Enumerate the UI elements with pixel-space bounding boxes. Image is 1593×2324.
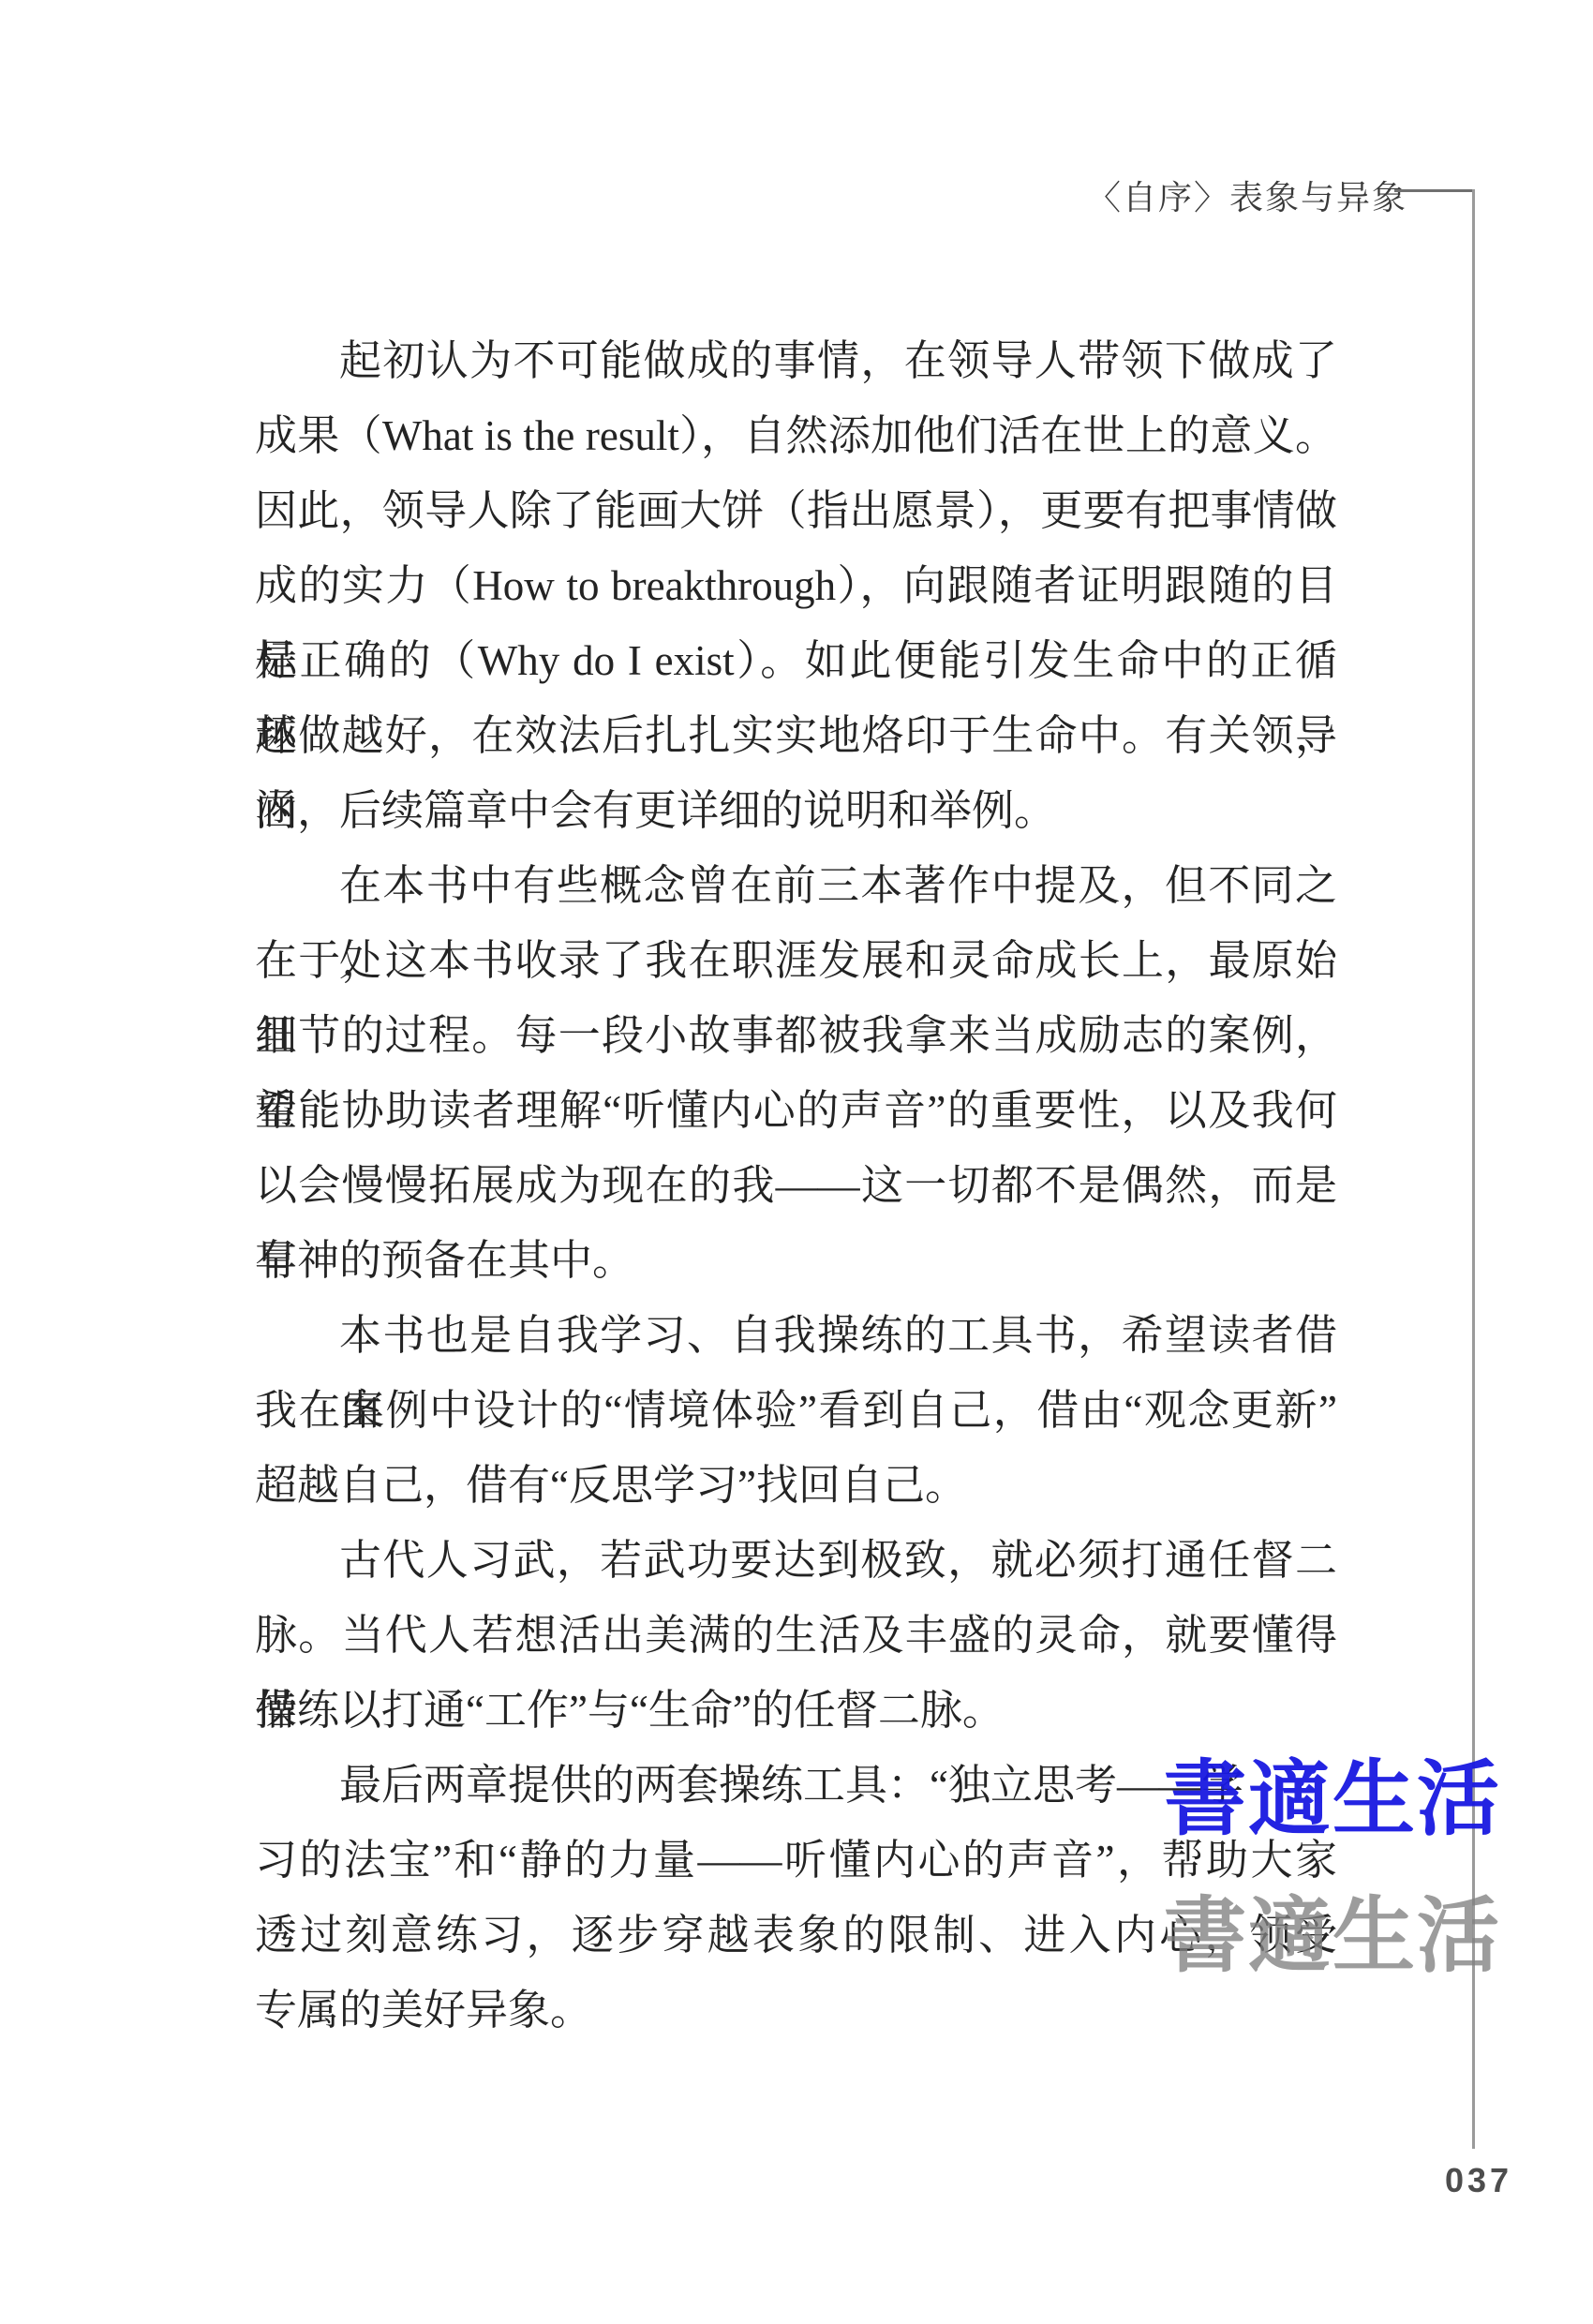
page-number: 037 — [1445, 2161, 1512, 2200]
text-line: 越做越好，在效法后扎扎实实地烙印于生命中。有关领导内 — [255, 698, 1337, 773]
text-line: 成的实力（How to breakthrough），向跟随者证明跟随的目标 — [255, 548, 1337, 623]
margin-vertical-rule — [1472, 189, 1475, 2149]
text-line: 有神的预备在其中。 — [255, 1223, 1337, 1298]
watermark-gray: 書適生活 — [1164, 1870, 1501, 1989]
text-line: 成果（What is the result），自然添加他们活在世上的意义。 — [255, 398, 1337, 473]
text-line: 超越自己，借有“反思学习”找回自己。 — [255, 1448, 1337, 1523]
book-page: 〈自序〉 表象与异象 起初认为不可能做成的事情，在领导人带领下做成了 成果（Wh… — [0, 0, 1593, 2324]
text-line: 以会慢慢拓展成为现在的我——这一切都不是偶然，而是早 — [255, 1148, 1337, 1223]
header-chapter-title: 表象与异象 — [1229, 171, 1407, 219]
text-line: 细节的过程。每一段小故事都被我拿来当成励志的案例，希 — [255, 998, 1337, 1073]
header-section-label: 〈自序〉 — [1087, 171, 1229, 219]
running-header: 〈自序〉 表象与异象 — [1087, 171, 1379, 219]
text-line: 涵，后续篇章中会有更详细的说明和举例。 — [255, 773, 1337, 848]
header-horizontal-rule — [1394, 189, 1475, 192]
text-line: 在于，这本书收录了我在职涯发展和灵命成长上，最原始且 — [255, 923, 1337, 998]
text-line: 我在案例中设计的“情境体验”看到自己，借由“观念更新” — [255, 1373, 1337, 1448]
text-line: 起初认为不可能做成的事情，在领导人带领下做成了 — [255, 323, 1337, 398]
text-line: 是正确的（Why do I exist）。如此便能引发生命中的正循环， — [255, 623, 1337, 698]
text-line: 望能协助读者理解“听懂内心的声音”的重要性，以及我何 — [255, 1073, 1337, 1148]
text-line: 因此，领导人除了能画大饼（指出愿景），更要有把事情做 — [255, 473, 1337, 548]
watermark-blue: 書適生活 — [1164, 1734, 1501, 1852]
text-line: 本书也是自我学习、自我操练的工具书，希望读者借由 — [255, 1298, 1337, 1373]
text-line: 脉。当代人若想活出美满的生活及丰盛的灵命，就要懂得借 — [255, 1598, 1337, 1673]
text-line: 在本书中有些概念曾在前三本著作中提及，但不同之处 — [255, 848, 1337, 923]
text-line: 古代人习武，若武功要达到极致，就必须打通任督二 — [255, 1523, 1337, 1598]
